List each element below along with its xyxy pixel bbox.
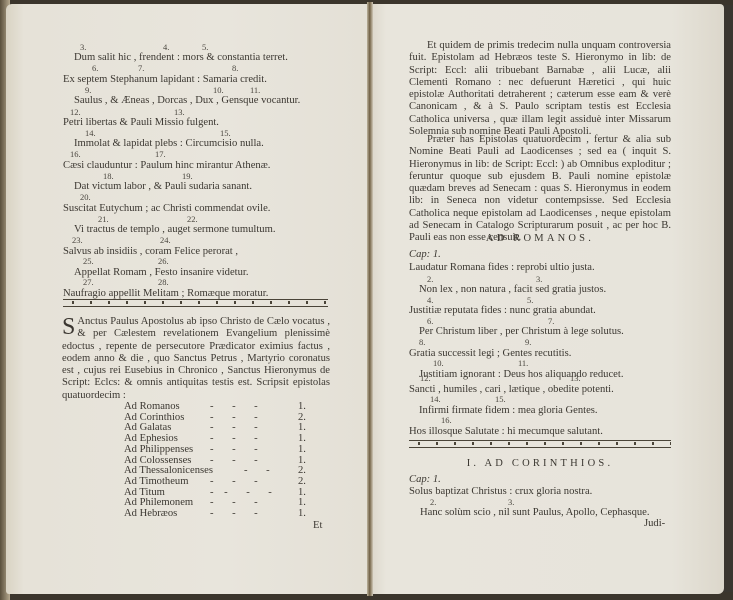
verse-number: 2.: [427, 274, 433, 284]
verse-number: 16.: [441, 415, 452, 425]
paragraph-controversia: Et quidem de primis tredecim nulla unqua…: [409, 40, 671, 138]
verse-number: 11.: [518, 358, 528, 368]
verse-number: 14.: [85, 128, 96, 138]
verse-line: Solus baptizat Christus : crux gloria no…: [409, 486, 592, 498]
verse-number: 10.: [213, 85, 224, 95]
verse-number: 8.: [419, 337, 425, 347]
verse-number: 2.: [430, 497, 436, 507]
verse-number: 26.: [158, 256, 169, 266]
verse-number: 7.: [548, 316, 554, 326]
verse-number: 20.: [80, 192, 91, 202]
verse-number: 4.: [427, 295, 433, 305]
verse-number: 14.: [430, 394, 441, 404]
epistle-dashes: - - -: [210, 508, 258, 520]
heading-ad-corinthios: I. AD CORINTHIOS.: [409, 458, 671, 469]
drop-cap: S: [62, 317, 75, 337]
verse-line: Cæsi clauduntur : Paulum hinc mirantur A…: [63, 160, 270, 172]
catchword-right: Judi-: [644, 518, 665, 529]
ornamental-rule-right: [409, 440, 671, 448]
verse-line: Non lex , non natura , facit sed gratia …: [419, 284, 606, 296]
chapter-label-corinthios: Cap: 1.: [409, 474, 441, 485]
verse-number: 15.: [495, 394, 506, 404]
verse-number: 4.: [163, 42, 169, 52]
verse-number: 5.: [202, 42, 208, 52]
verse-number: 15.: [220, 128, 231, 138]
verse-number: 10.: [433, 358, 444, 368]
verse-line: Laudatur Romana fides : reprobi ultio ju…: [409, 262, 595, 274]
book-gutter: [367, 2, 373, 596]
verse-number: 3.: [80, 42, 86, 52]
verse-line: Dat victum labor , & Pauli sudaria sanan…: [74, 181, 252, 193]
verse-number: 12.: [70, 107, 81, 117]
verse-number: 22.: [187, 214, 198, 224]
ornamental-rule: [63, 299, 328, 307]
verse-number: 21.: [98, 214, 109, 224]
verse-line: Dum salit hic , frendent : mors & consta…: [74, 52, 288, 64]
verse-number: 12.: [420, 373, 431, 383]
verse-number: 25.: [83, 256, 94, 266]
verse-number: 27.: [83, 277, 94, 287]
verse-line: Immolat & lapidat plebs : Circumcisio nu…: [74, 138, 264, 150]
verse-number: 6.: [92, 63, 98, 73]
intro-paragraph: SAnctus Paulus Apostolus ab ipso Christo…: [62, 316, 330, 402]
verse-line: Justitiam ignorant : Deus hos aliquando …: [419, 369, 623, 381]
verse-number: 16.: [70, 149, 81, 159]
verse-number: 19.: [182, 171, 193, 181]
verse-number: 3.: [536, 274, 542, 284]
book-spread: 3.4.5.Dum salit hic , frendent : mors & …: [0, 0, 733, 600]
verse-number: 6.: [427, 316, 433, 326]
verse-line: Justitiæ reputata fides : nunc gratia ab…: [409, 305, 596, 317]
chapter-label-romanos: Cap: 1.: [409, 249, 441, 260]
verse-number: 9.: [85, 85, 91, 95]
verse-number: 13.: [174, 107, 185, 117]
verse-line: Vi tractus de templo , auget sermone tum…: [74, 224, 275, 236]
verse-line: Suscitat Eutychum ; ac Christi commendat…: [63, 203, 270, 215]
verse-number: 11.: [250, 85, 260, 95]
verse-line: Hanc solùm scio , nil sunt Paulus, Apoll…: [420, 507, 650, 519]
verse-number: 9.: [525, 337, 531, 347]
verse-number: 23.: [72, 235, 83, 245]
paragraph-laodicenses: Præter has Epistolas quatuordecim , fert…: [409, 134, 671, 245]
verse-number: 17.: [155, 149, 166, 159]
catchword-left: Et: [313, 520, 322, 531]
verse-number: 3.: [508, 497, 514, 507]
epistle-count: 1.: [298, 508, 306, 520]
verse-line: Hos illosque Salutate : hi mecumque salu…: [409, 426, 603, 438]
epistle-name: Ad Hebræos: [124, 508, 177, 520]
verse-number: 18.: [103, 171, 114, 181]
verse-line: Saulus , & Æneas , Dorcas , Dux , Gensqu…: [74, 95, 300, 107]
verse-number: 13.: [570, 373, 581, 383]
verse-line: Per Christum liber , per Christum à lege…: [419, 326, 624, 338]
verse-number: 8.: [232, 63, 238, 73]
verse-number: 24.: [160, 235, 171, 245]
verse-number: 5.: [527, 295, 533, 305]
verse-number: 28.: [158, 277, 169, 287]
verse-number: 7.: [138, 63, 144, 73]
verse-line: Ex septem Stephanum lapidant : Samaria c…: [63, 74, 267, 86]
heading-ad-romanos: AD ROMANOS.: [409, 233, 671, 244]
intro-text: Anctus Paulus Apostolus ab ipso Christo …: [62, 316, 330, 401]
